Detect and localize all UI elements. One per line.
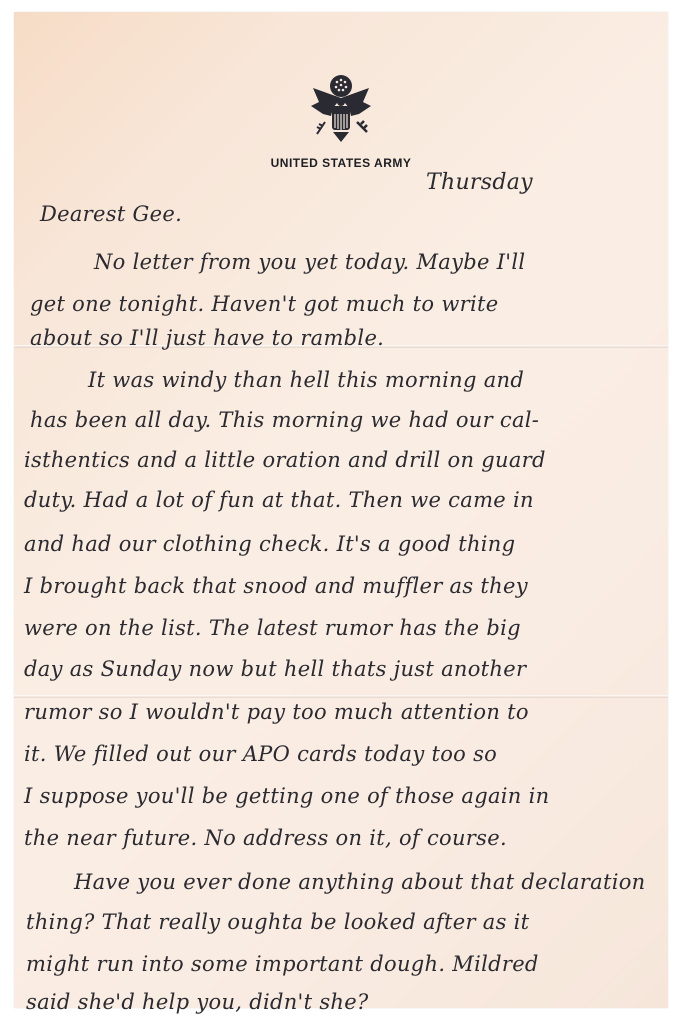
letter-line: has been all day. This morning we had ou…	[30, 408, 539, 432]
letter-line: the near future. No address on it, of co…	[24, 826, 507, 850]
letter-line: and had our clothing check. It's a good …	[24, 532, 515, 556]
letter-line: It was windy than hell this morning and	[88, 368, 524, 392]
letter-line: I brought back that snood and muffler as…	[24, 574, 528, 598]
letter-line: might run into some important dough. Mil…	[26, 952, 539, 976]
eagle-crest-icon	[303, 72, 379, 148]
salutation: Dearest Gee.	[40, 202, 182, 226]
letter-paper: UNITED STATES ARMY Thursday Dearest Gee.…	[14, 12, 668, 1008]
letter-line: isthentics and a little oration and dril…	[24, 448, 546, 472]
letter-line: duty. Had a lot of fun at that. Then we …	[24, 488, 534, 512]
fold-line	[14, 695, 668, 698]
letter-line: it. We filled out our APO cards today to…	[24, 742, 497, 766]
letter-date: Thursday	[426, 170, 533, 195]
letterhead: UNITED STATES ARMY	[14, 72, 668, 170]
organization-name: UNITED STATES ARMY	[14, 156, 668, 170]
letter-line: said she'd help you, didn't she?	[26, 990, 369, 1014]
letter-line: about so I'll just have to ramble.	[30, 326, 384, 350]
letter-line: No letter from you yet today. Maybe I'll	[94, 250, 525, 274]
letter-line: rumor so I wouldn't pay too much attenti…	[24, 700, 529, 724]
letter-line: day as Sunday now but hell thats just an…	[24, 657, 526, 681]
letter-line: were on the list. The latest rumor has t…	[24, 616, 521, 640]
letter-line: Have you ever done anything about that d…	[74, 870, 645, 894]
letter-line: get one tonight. Haven't got much to wri…	[30, 292, 498, 316]
letter-line: I suppose you'll be getting one of those…	[24, 784, 549, 808]
letter-line: thing? That really oughta be looked afte…	[26, 910, 529, 934]
